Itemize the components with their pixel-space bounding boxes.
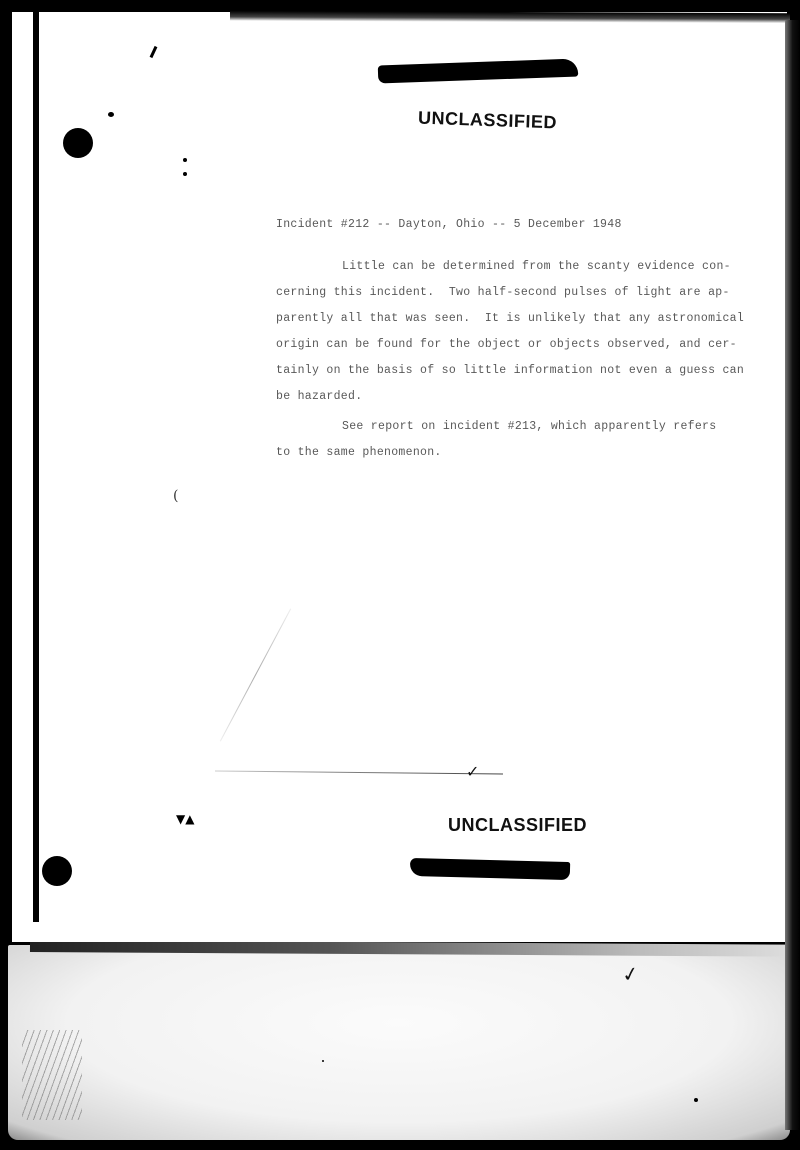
ink-speck [183,158,187,162]
paragraph-2-line-2: to the same phenomenon. [276,446,442,459]
ink-speck [183,172,187,176]
paragraph-1-line-2: cerning this incident. Two half-second p… [276,286,730,299]
ink-speck [694,1098,698,1102]
scanner-artifact-hatching [22,1030,82,1120]
document-page [12,12,787,942]
incident-heading: Incident #212 -- Dayton, Ohio -- 5 Decem… [276,218,622,231]
classification-stamp-bottom: UNCLASSIFIED [448,815,587,836]
bowtie-mark-icon: ▼▲ [176,815,194,823]
page-right-edge [785,20,800,1130]
ink-speck [322,1060,324,1062]
paragraph-1-line-5: tainly on the basis of so little informa… [276,364,744,377]
check-mark-icon: ✓ [466,762,479,781]
margin-paren-mark: ( [173,488,178,504]
ink-speck [108,112,114,117]
punch-hole-bottom [42,856,72,886]
paragraph-1-line-6: be hazarded. [276,390,362,403]
left-margin-strip [12,12,33,942]
binding-line [33,12,39,922]
paragraph-1-line-3: parently all that was seen. It is unlike… [276,312,744,325]
paragraph-1-line-4: origin can be found for the object or ob… [276,338,737,351]
paragraph-2-line-1: See report on incident #213, which appar… [342,420,716,433]
punch-hole-top [63,128,93,158]
scanner-bed-area [8,945,790,1140]
paragraph-1-line-1: Little can be determined from the scanty… [342,260,731,273]
